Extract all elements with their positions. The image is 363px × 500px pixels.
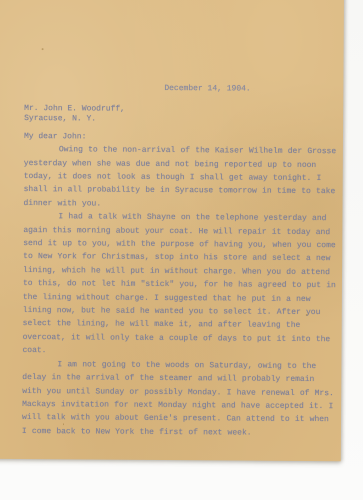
letter-content: December 14, 1904. Mr. John E. Woodruff,… bbox=[22, 0, 340, 440]
letter-body: Owing to the non-arrival of the Kaiser W… bbox=[22, 143, 339, 440]
letter-date: December 14, 1904. bbox=[24, 83, 339, 95]
letter-paper: December 14, 1904. Mr. John E. Woodruff,… bbox=[0, 0, 344, 461]
recipient-address: Mr. John E. Woodruff, Syracuse, N. Y. bbox=[24, 104, 339, 125]
letter-paragraph-3: I am not going to the woods on Saturday,… bbox=[22, 358, 338, 441]
letter-paragraph-1: Owing to the non-arrival of the Kaiser W… bbox=[23, 143, 338, 212]
recipient-city: Syracuse, N. Y. bbox=[24, 114, 339, 126]
letter-paragraph-2: I had a talk with Shayne on the telephon… bbox=[22, 210, 338, 360]
